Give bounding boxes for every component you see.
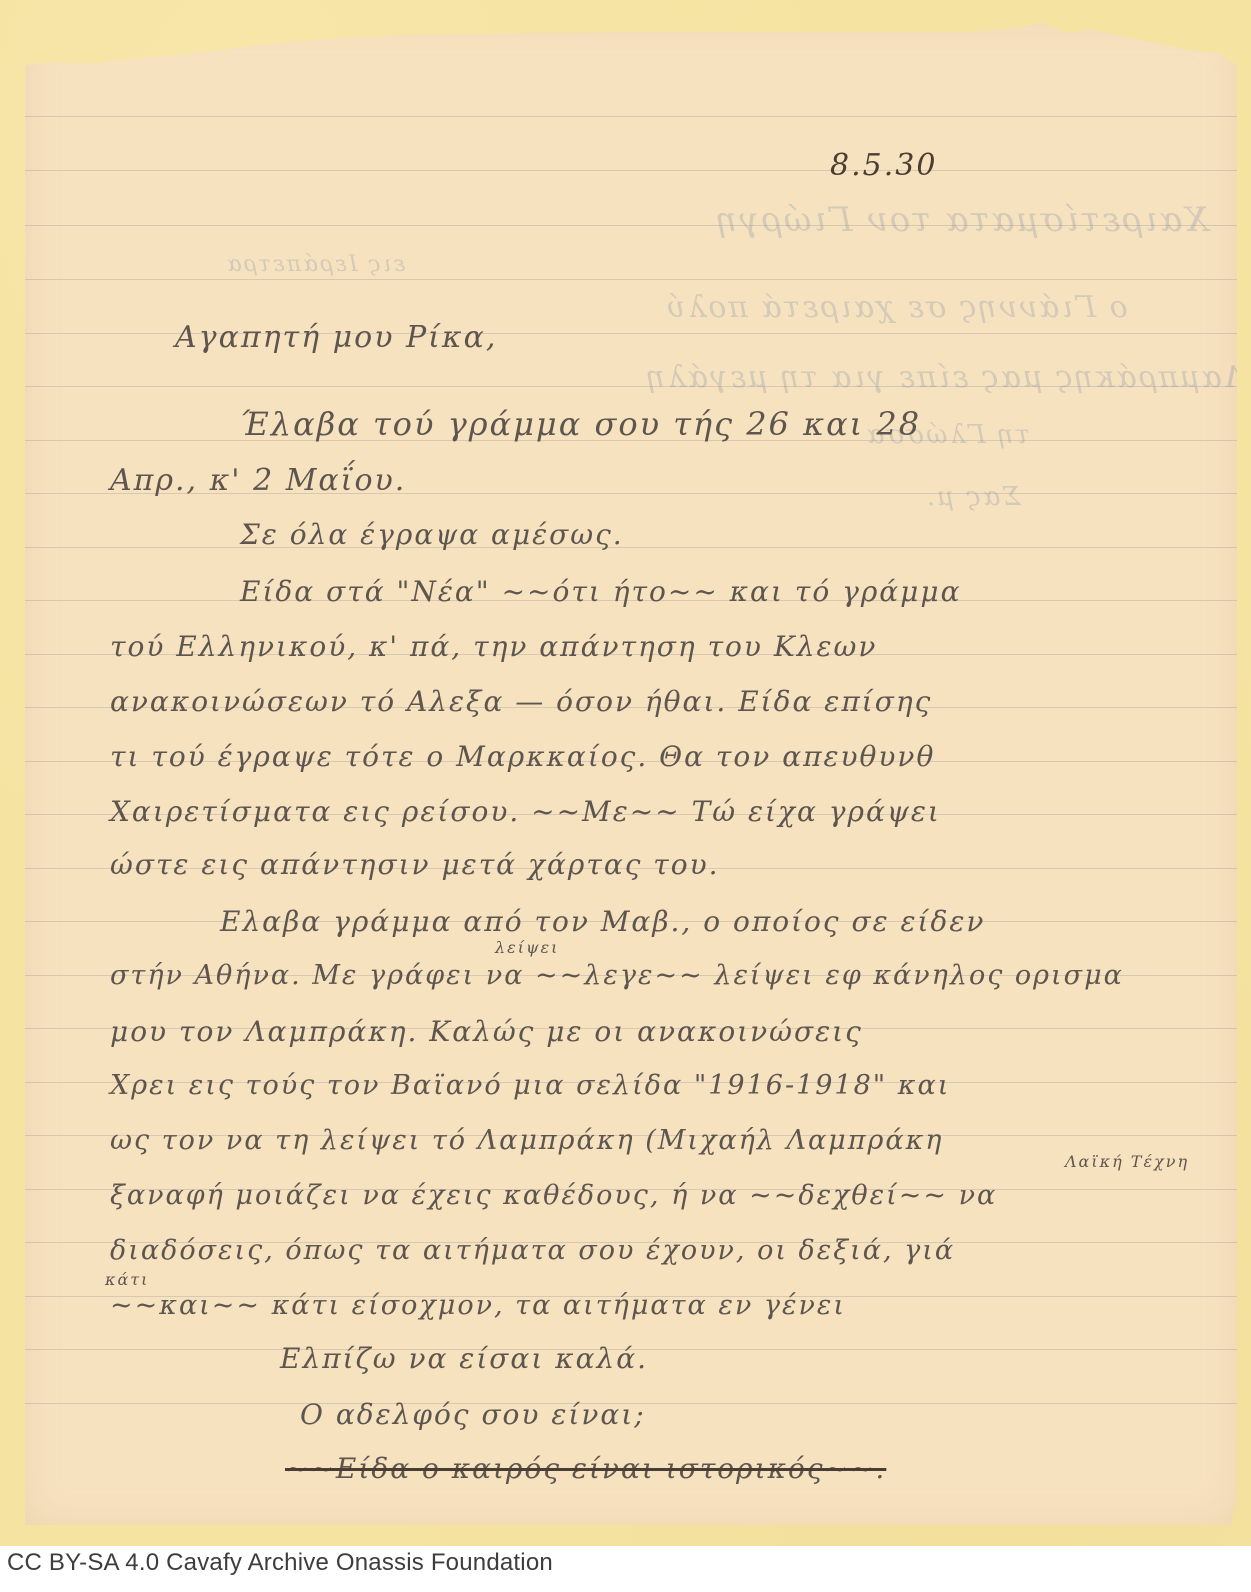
letter-line: Ελπίζω να είσαι καλά.	[280, 1342, 648, 1375]
bleed-through-text: Σας μ.	[925, 482, 1021, 512]
bleed-through-text: ο Λαμπράκης μας είπε για τη μεγάλη	[645, 360, 1251, 395]
letter-greeting: Αγαπητή μου Ρίκα,	[175, 320, 497, 355]
letter-line: διαδόσεις, όπως τα αιτήματα σου έχουν, ο…	[110, 1235, 955, 1266]
letter-line: ως τον να τη λείψει τό Λαμπράκη (Μιχαήλ …	[110, 1125, 943, 1156]
letter-line: τού Ελληνικού, κ' πά, την απάντηση του Κ…	[110, 630, 877, 663]
letter-line: Χρει εις τούς τον Βαϊανό μια σελίδα "191…	[110, 1070, 950, 1101]
letter-line: ~~και~~ κάτι είσοχμον, τα αιτήματα εν γέ…	[110, 1290, 846, 1321]
letter-line: τι τού έγραψε τότε ο Μαρκκαίος. Θα τον α…	[110, 740, 935, 773]
letter-sheet: Χαιρετίσματα τον Γιώργη εις Ιεράπετρα ο …	[25, 20, 1237, 1525]
letter-line: Ο αδελφός σου είναι;	[300, 1398, 646, 1431]
scan-background: Χαιρετίσματα τον Γιώργη εις Ιεράπετρα ο …	[0, 0, 1251, 1546]
margin-note: λείψει	[495, 938, 559, 957]
letter-date: 8.5.30	[830, 148, 937, 183]
ruled-line	[25, 170, 1237, 171]
bleed-through-text: ο Γιάννης σε χαιρετά πολύ	[665, 290, 1128, 325]
margin-note: κάτι	[105, 1270, 149, 1289]
bleed-through-text: εις Ιεράπετρα	[225, 252, 405, 277]
ruled-line	[25, 547, 1237, 548]
letter-line: στήν Αθήνα. Με γράφει να ~~λεγε~~ λείψει…	[110, 960, 1124, 991]
bleed-through-text: Χαιρετίσματα τον Γιώργη	[715, 200, 1209, 240]
letter-line: Σε όλα έγραψα αμέσως.	[240, 518, 624, 551]
letter-line: Απρ., κ' 2 Μαΐου.	[110, 463, 406, 498]
letter-line: Χαιρετίσματα εις ρείσου. ~~Με~~ Τώ είχα …	[110, 795, 941, 828]
ruled-line	[25, 116, 1237, 117]
letter-line: Ελαβα γράμμα από τον Μαβ., ο οποίος σε ε…	[220, 905, 985, 938]
margin-note: Λαϊκή Τέχνη	[1065, 1152, 1189, 1171]
letter-line: ώστε εις απάντησιν μετά χάρτας του.	[110, 848, 720, 881]
ruled-line	[25, 279, 1237, 280]
license-credit: CC BY-SA 4.0 Cavafy Archive Onassis Foun…	[7, 1549, 553, 1577]
letter-line: Είδα στά "Νέα" ~~ότι ήτο~~ και τό γράμμα	[240, 575, 961, 608]
letter-line: ανακοινώσεων τό Αλεξα — όσον ήθαι. Είδα …	[110, 685, 932, 718]
struck-out-line: ~~Είδα ο καιρός είναι ιστορικός~~.	[285, 1452, 886, 1485]
letter-line: ξαναφή μοιάζει να έχεις καθέδους, ή να ~…	[110, 1180, 997, 1211]
letter-line: Έλαβα τού γράμμα σου τής 26 και 28	[240, 405, 921, 443]
letter-line: μου τον Λαμπράκη. Καλώς με οι ανακοινώσε…	[110, 1015, 863, 1048]
